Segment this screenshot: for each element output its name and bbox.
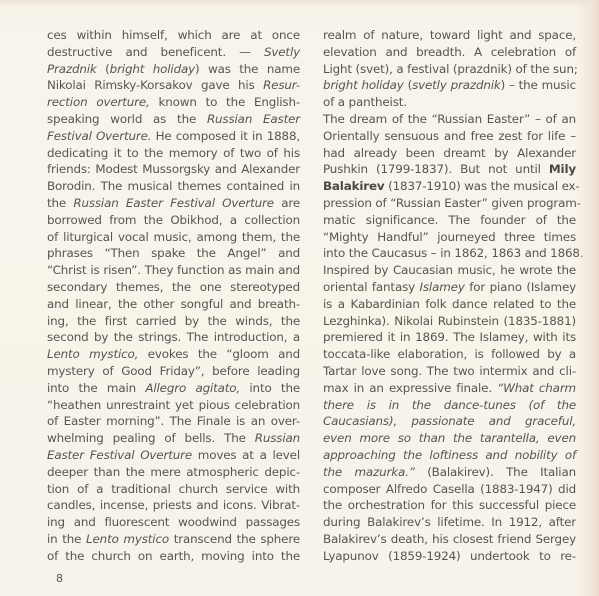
text-line: ing and fluorescent woodwind passages [47,514,300,531]
text-line: during Balakirev’s lifetime. In 1912, af… [323,514,576,531]
text-line: the mazurka.” (Balakirev). The Italian [323,464,576,481]
text-line: composer Alfredo Casella (1883-1947) did [323,481,576,498]
text-line: there is in the dance-tunes (of the [323,397,576,414]
text-line: Inspired by Caucasian music, he wrote th… [323,262,576,279]
text-line: Borodin. The musical themes contained in [47,178,300,195]
text-line: ing, the first carried by the winds, the [47,313,300,330]
text-line: ces within himself, which are at once [47,27,300,44]
text-line: the orchestration for this successful pi… [323,497,576,514]
text-line: borrowed from the Obikhod, a collection [47,212,300,229]
text-line: into the Caucasus – in 1862, 1863 and 18… [323,245,576,262]
text-line: Prazdnik (bright holiday) was the name [47,61,300,78]
text-line: Lento mystico, evokes the “gloom and [47,346,300,363]
text-line: the Russian Easter Festival Overture are [47,195,300,212]
page-edge-shadow [577,0,599,596]
text-line: dedicating it to the memory of two of hi… [47,145,300,162]
text-line: Easter Festival Overture moves at a leve… [47,447,300,464]
text-line: second by the strings. The introduction,… [47,329,300,346]
text-line: deeper than the mere atmospheric depic- [47,464,300,481]
text-line: is a Kabardinian folk dance related to t… [323,296,576,313]
text-line: secondary themes, the one stereotyped [47,279,300,296]
text-line: max in an expressive finale. “What charm [323,380,576,397]
text-line: oriental fantasy Islamey for piano (Isla… [323,279,576,296]
text-line: elevation and breadth. A celebration of [323,44,576,61]
text-line: into the main Allegro agitato, into the [47,380,300,397]
text-line: had already been dreamt by Alexander [323,145,576,162]
text-line: Nikolai Rimsky-Korsakov gave his Resur- [47,77,300,94]
text-line: bright holiday (svetly prazdnik) – the m… [323,77,576,94]
text-line: pression of “Russian Easter” given progr… [323,195,576,212]
text-line: Orientally sensuous and free zest for li… [323,128,576,145]
text-line: of Easter morning”. The Finale is an ove… [47,413,300,430]
text-line: whelming pealing of bells. The Russian [47,430,300,447]
text-line: “Christ is risen”. They function as main… [47,262,300,279]
text-line: Pushkin (1799-1837). But not until Mily [323,161,576,178]
text-line: and linear, the other songful and breath… [47,296,300,313]
text-line: “heathen unrestraint yet pious celebrati… [47,397,300,414]
text-line: toccata-like elaboration, is followed by… [323,346,576,363]
text-line: of liturgical vocal music, among them, t… [47,229,300,246]
text-line: Light (svet), a festival (prazdnik) of t… [323,61,576,78]
text-line: Tartar love song. The two intermix and c… [323,363,576,380]
text-line: speaking world as the Russian Easter [47,111,300,128]
text-line: Lezghinka). Nikolai Rubinstein (1835-188… [323,313,576,330]
text-line: Caucasians), passionate and graceful, [323,413,576,430]
text-line: Festival Overture. He composed it in 188… [47,128,300,145]
text-line: even more so than the tarantella, even [323,430,576,447]
text-line: in the Lento mystico transcend the spher… [47,531,300,548]
text-line: tion of a traditional church service wit… [47,481,300,498]
text-line: realm of nature, toward light and space, [323,27,576,44]
text-line: of the church on earth, moving into the [47,548,300,565]
text-line: “Mighty Handful” journeyed three times [323,229,576,246]
right-text-column: realm of nature, toward light and space,… [323,27,576,565]
text-line: of a pantheist. [323,94,576,111]
left-text-column: ces within himself, which are at oncedes… [47,27,300,565]
text-line: Balakirev’s death, his closest friend Se… [323,531,576,548]
text-line: friends: Modest Mussorgsky and Alexander [47,161,300,178]
text-line: matic significance. The founder of the [323,212,576,229]
text-line: The dream of the “Russian Easter” – of a… [323,111,576,128]
booklet-page: ces within himself, which are at oncedes… [0,0,599,596]
text-line: rection overture, known to the English- [47,94,300,111]
text-line: Lyapunov (1859-1924) undertook to re- [323,548,576,565]
text-line: mystery of Good Friday”, before leading [47,363,300,380]
text-line: destructive and beneficent. — Svetly [47,44,300,61]
text-line: phrases “Then spake the Angel” and [47,245,300,262]
page-number: 8 [56,572,63,585]
text-line: candles, incense, priests and icons. Vib… [47,497,300,514]
text-line: premiered it in 1869. The Islamey, with … [323,329,576,346]
text-line: approaching the loftiness and nobility o… [323,447,576,464]
text-line: Balakirev (1837-1910) was the musical ex… [323,178,576,195]
